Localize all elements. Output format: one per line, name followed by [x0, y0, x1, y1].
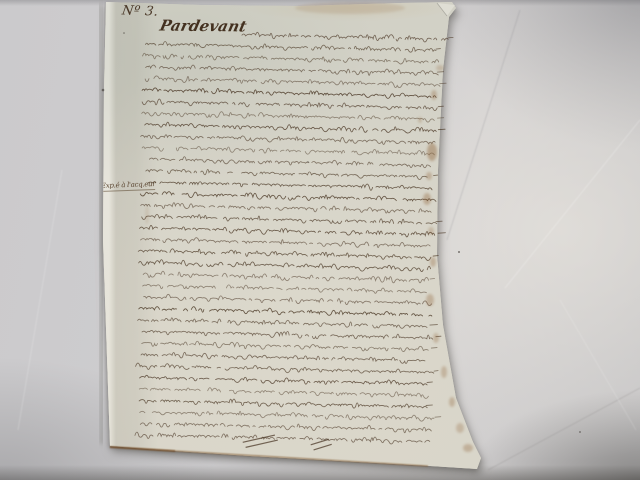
page-number-label: Nº 3.: [121, 3, 160, 19]
photo-of-manuscript: Nº 3. Pardevant Exp.é à l'acq.eur: [0, 0, 640, 480]
opening-word: Pardevant: [158, 17, 248, 36]
margin-note: Exp.é à l'acq.eur: [101, 180, 156, 192]
paper-shadow-wrap: Nº 3. Pardevant Exp.é à l'acq.eur: [0, 0, 640, 480]
manuscript-page: Nº 3. Pardevant Exp.é à l'acq.eur: [0, 0, 640, 480]
